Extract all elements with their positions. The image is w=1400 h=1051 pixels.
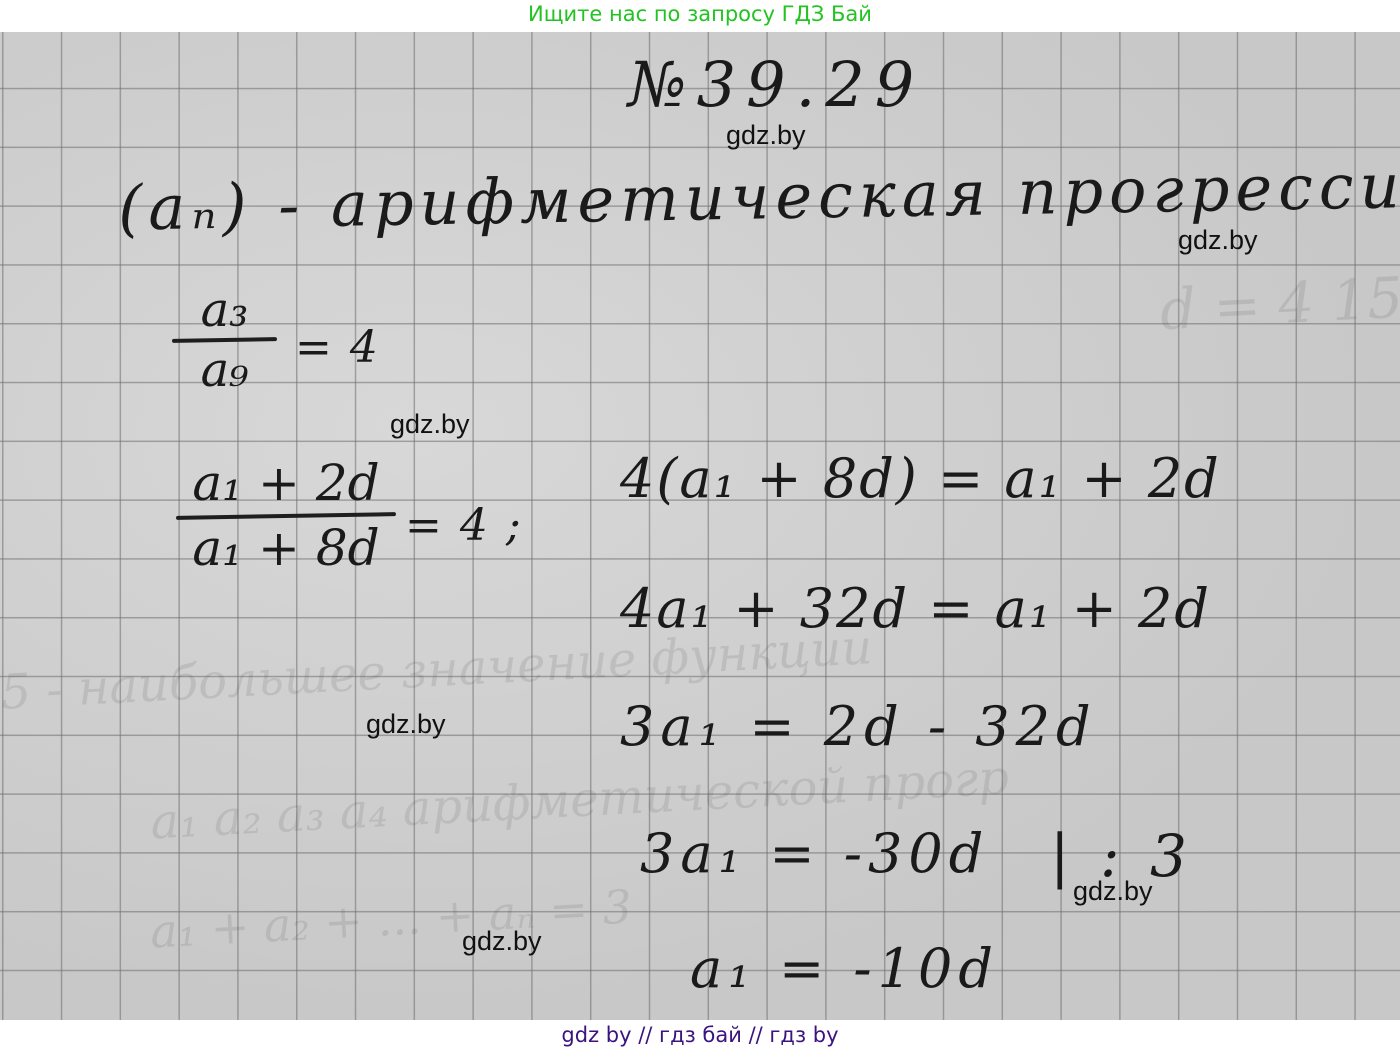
solution-step: 4a₁ + 32d = a₁ + 2d bbox=[620, 577, 1211, 640]
solution-step: 4(a₁ + 8d) = a₁ + 2d bbox=[620, 447, 1221, 510]
ratio-denominator: a₉ bbox=[172, 342, 277, 398]
ratio-denominator: a₁ + 8d bbox=[176, 518, 396, 578]
watermark: gdz.by bbox=[726, 120, 806, 151]
solution-step: 3a₁ = -30d bbox=[640, 822, 989, 885]
search-banner: Ищите нас по запросу ГДЗ Бай bbox=[0, 0, 1400, 32]
given-ratio-rhs: = 4 bbox=[295, 322, 380, 373]
watermark: gdz.by bbox=[1178, 225, 1258, 256]
solution-answer: a₁ = -10d bbox=[690, 937, 999, 1000]
ratio-numerator: a₁ + 2d bbox=[176, 452, 396, 514]
given-ratio: a₃ a₉ bbox=[172, 282, 277, 398]
watermark: gdz.by bbox=[1073, 876, 1153, 907]
solution-step: 3a₁ = 2d - 32d bbox=[620, 695, 1097, 758]
notebook-page: 5 - наибольшее значение функции a₁ a₂ a₃… bbox=[0, 32, 1400, 1020]
bleed-through-text: d = 4 15 bbox=[1158, 266, 1400, 344]
footer-banner: gdz by // гдз бай // гдз by bbox=[0, 1020, 1400, 1051]
problem-number: №39.29 bbox=[628, 48, 924, 121]
bleed-through-text: a₁ + a₂ + ... + aₙ = 3 bbox=[149, 879, 633, 958]
ratio-numerator: a₃ bbox=[172, 282, 277, 338]
substituted-ratio-rhs: = 4 ; bbox=[405, 500, 523, 551]
watermark: gdz.by bbox=[462, 926, 542, 957]
substituted-ratio: a₁ + 2d a₁ + 8d bbox=[176, 452, 396, 578]
watermark: gdz.by bbox=[390, 409, 470, 440]
watermark: gdz.by bbox=[366, 709, 446, 740]
